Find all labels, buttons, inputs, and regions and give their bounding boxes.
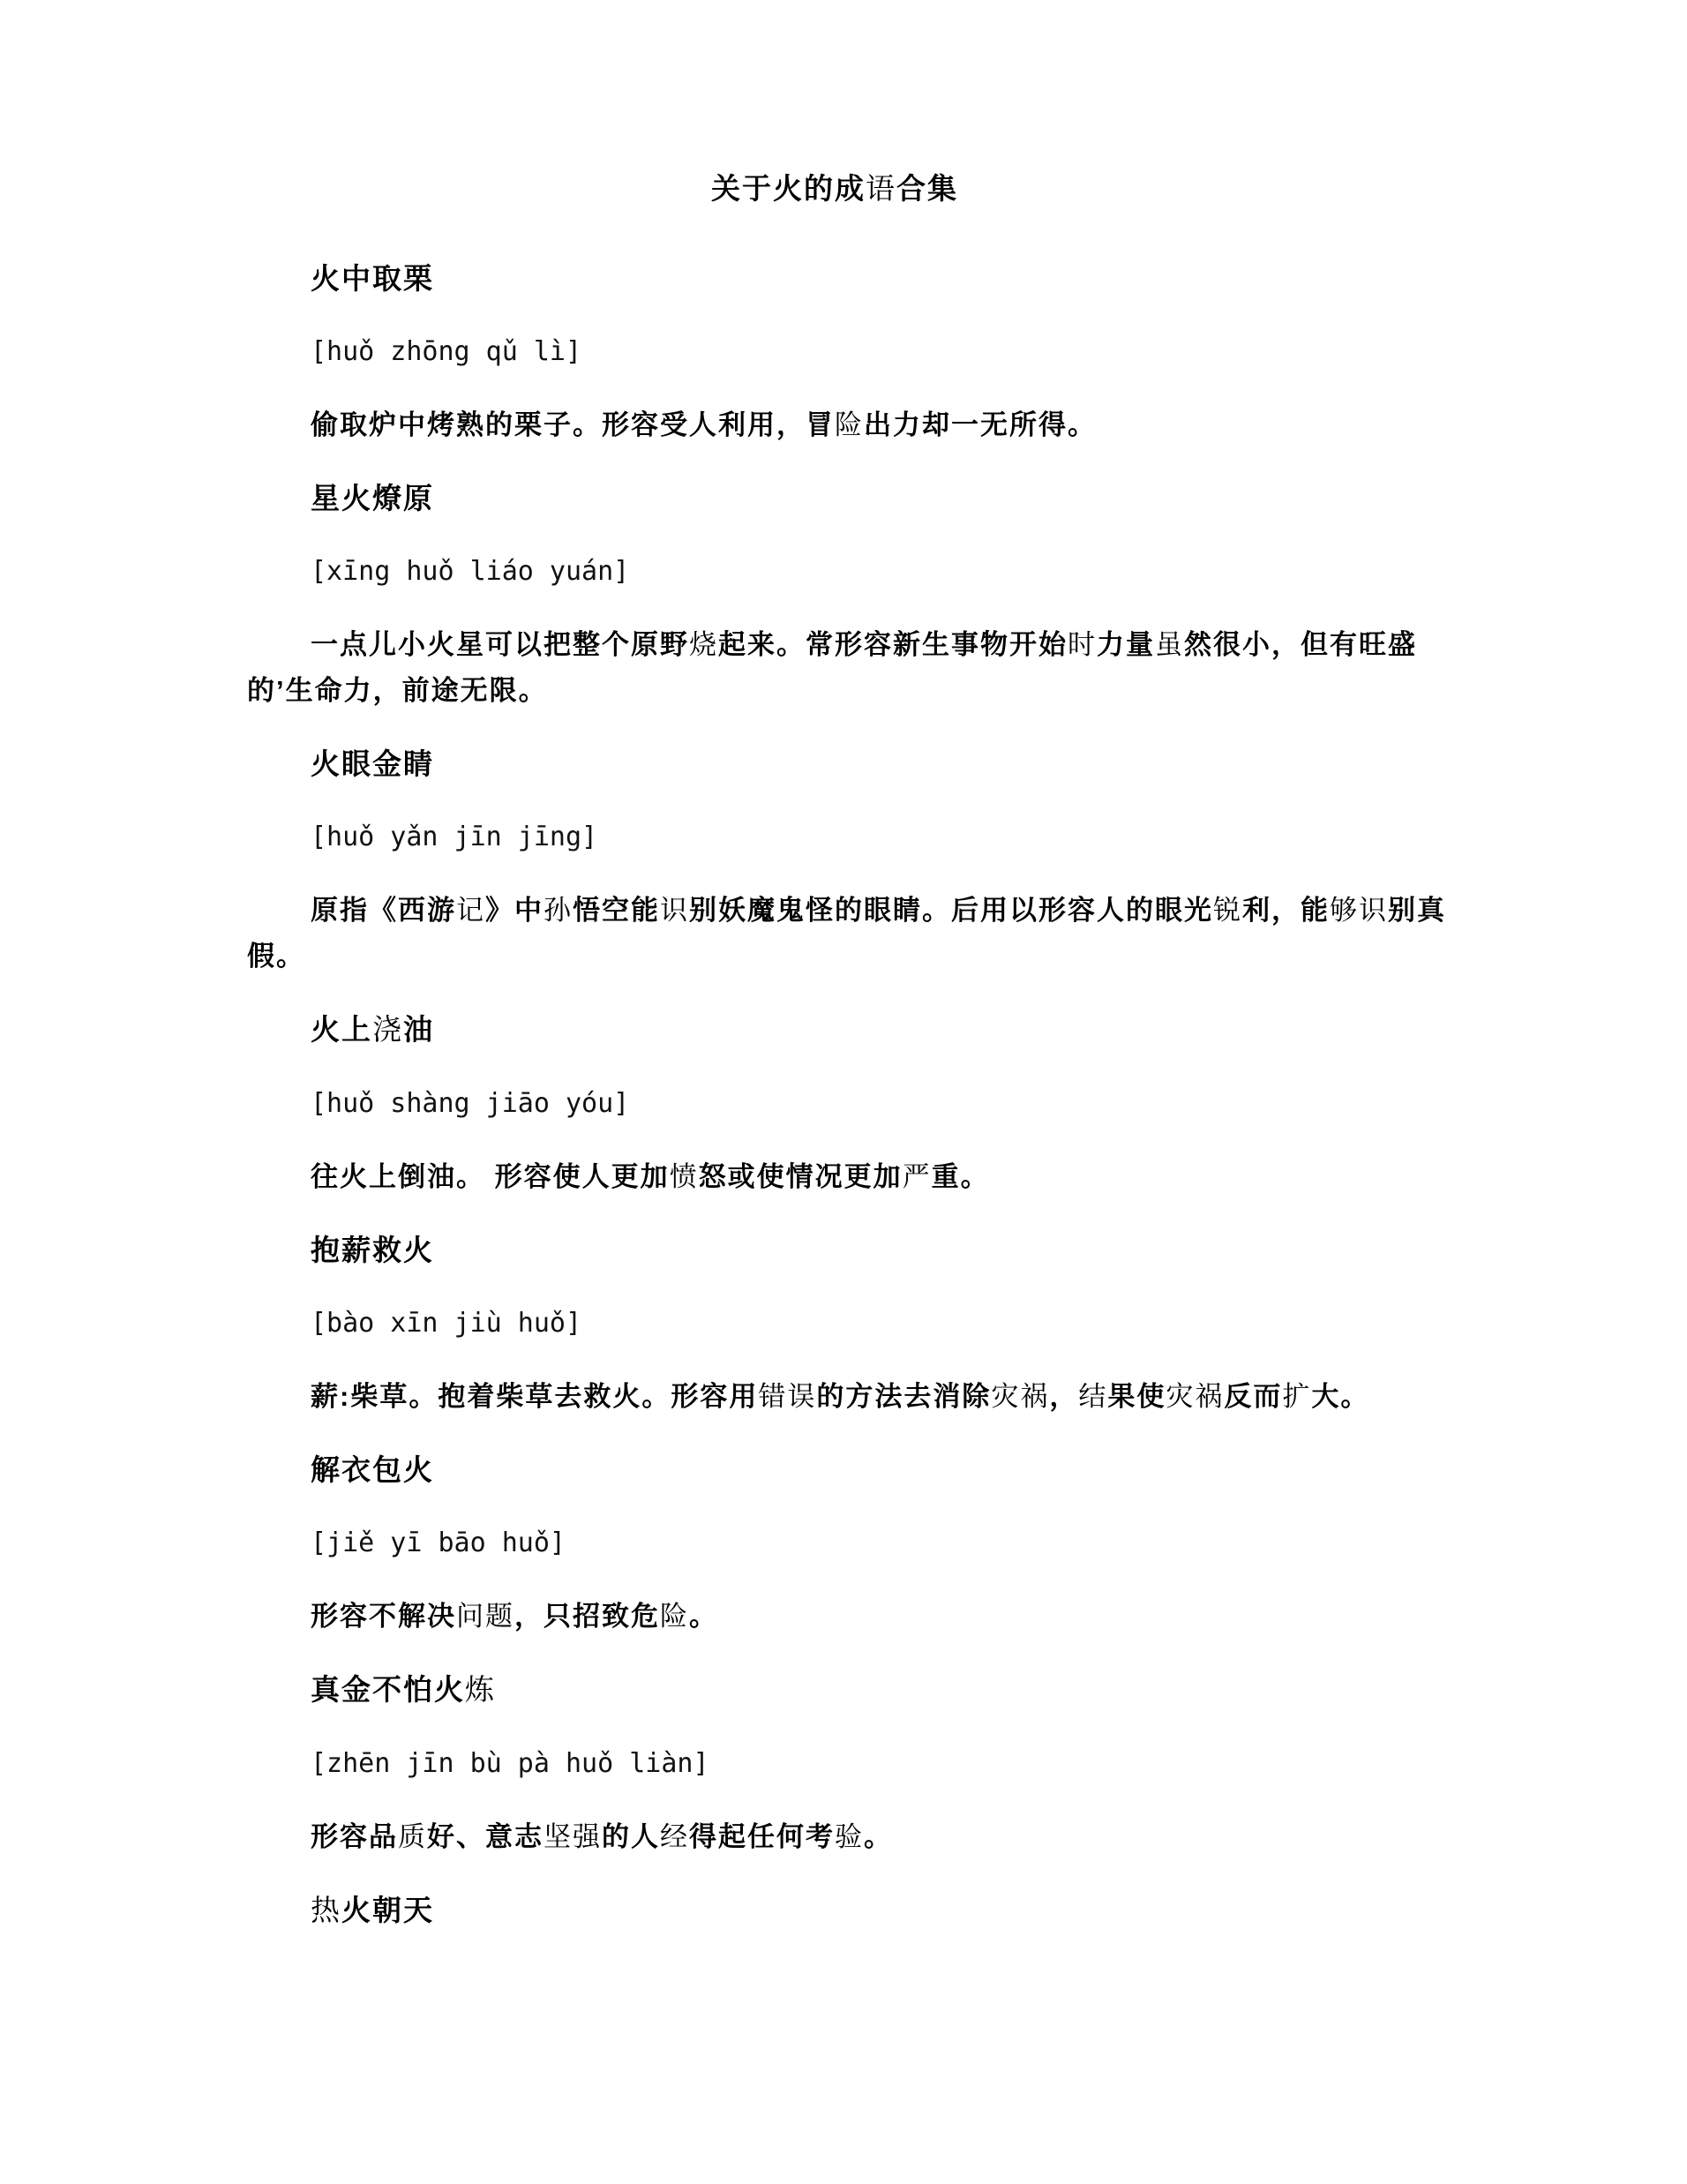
idiom-definition: 原指《西游记》中孙悟空能识别妖魔鬼怪的眼睛。后用以形容人的眼光锐利，能够识别真假… [247, 888, 1459, 979]
idiom-pinyin: [bào xīn jiù huǒ] [247, 1301, 1459, 1347]
idiom-pinyin: [xīng huǒ liáo yuán] [247, 549, 1459, 595]
idiom-term: 抱薪救火 [247, 1227, 1459, 1273]
idiom-term: 火眼金睛 [247, 741, 1459, 787]
page-title: 关于火的成语合集 [247, 166, 1422, 213]
idiom-section: 星火燎原 [xīng huǒ liáo yuán] 一点儿小火星可以把整个原野烧… [0, 476, 1687, 714]
idiom-section: 抱薪救火 [bào xīn jiù huǒ] 薪:柴草。抱着柴草去救火。形容用错… [0, 1227, 1687, 1420]
idiom-section: 火上浇油 [huǒ shàng jiāo yóu] 往火上倒油。 形容使人更加愤… [0, 1007, 1687, 1200]
idiom-definition: 形容品质好、意志坚强的人经得起任何考验。 [247, 1814, 1459, 1860]
idiom-section: 火眼金睛 [huǒ yǎn jīn jīng] 原指《西游记》中孙悟空能识别妖魔… [0, 741, 1687, 979]
idiom-pinyin: [zhēn jīn bù pà huǒ liàn] [247, 1741, 1459, 1787]
idiom-definition: 形容不解决问题，只招致危险。 [247, 1594, 1459, 1640]
idiom-section: 真金不怕火炼 [zhēn jīn bù pà huǒ liàn] 形容品质好、意… [0, 1667, 1687, 1860]
idiom-definition: 往火上倒油。 形容使人更加愤怒或使情况更加严重。 [247, 1154, 1459, 1200]
idiom-term: 解衣包火 [247, 1447, 1459, 1493]
idiom-section: 解衣包火 [jiě yī bāo huǒ] 形容不解决问题，只招致危险。 [0, 1447, 1687, 1640]
idiom-term: 真金不怕火炼 [247, 1667, 1459, 1714]
idiom-term: 火中取栗 [247, 256, 1459, 302]
idiom-definition: 薪:柴草。抱着柴草去救火。形容用错误的方法去消除灾祸，结果使灾祸反而扩大。 [247, 1374, 1459, 1420]
idiom-definition: 一点儿小火星可以把整个原野烧起来。常形容新生事物开始时力量虽然很小，但有旺盛的’… [247, 622, 1459, 714]
idiom-term: 星火燎原 [247, 476, 1459, 522]
idiom-pinyin: [jiě yī bāo huǒ] [247, 1520, 1459, 1566]
document-page: 关于火的成语合集 火中取栗 [huǒ zhōng qǔ lì] 偷取炉中烤熟的栗… [0, 0, 1687, 2184]
idiom-pinyin: [huǒ zhōng qǔ lì] [247, 329, 1459, 375]
idiom-pinyin: [huǒ shàng jiāo yóu] [247, 1081, 1459, 1127]
idiom-section: 热火朝天 [0, 1888, 1687, 1934]
idiom-pinyin: [huǒ yǎn jīn jīng] [247, 814, 1459, 860]
idiom-definition: 偷取炉中烤熟的栗子。形容受人利用，冒险出力却一无所得。 [247, 402, 1459, 448]
idiom-term: 火上浇油 [247, 1007, 1459, 1054]
idiom-section: 火中取栗 [huǒ zhōng qǔ lì] 偷取炉中烤熟的栗子。形容受人利用，… [0, 256, 1687, 448]
idiom-term: 热火朝天 [247, 1888, 1459, 1934]
